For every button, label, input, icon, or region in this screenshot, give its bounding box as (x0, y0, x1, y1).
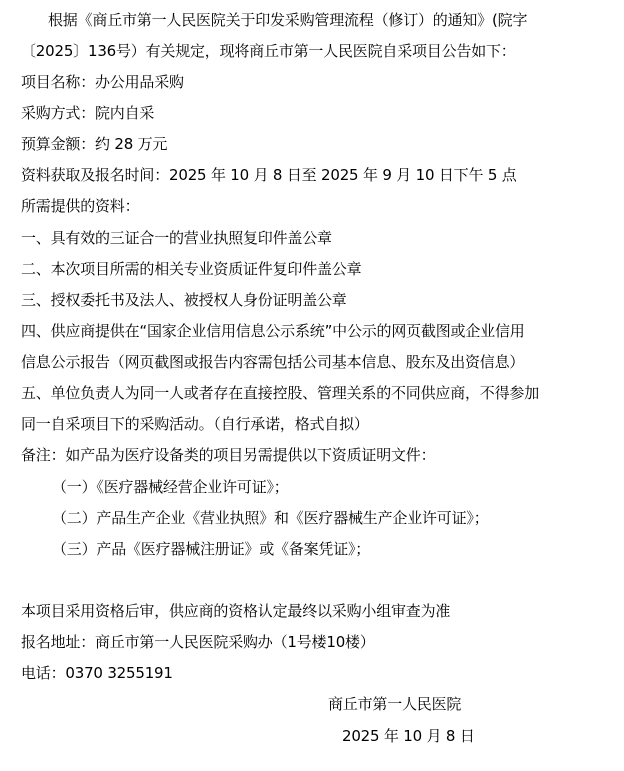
material-item-1: 一、具有效的三证合一的营业执照复印件盖公章 (21, 228, 332, 248)
material-item-2: 二、本次项目所需的相关专业资质证件复印件盖公章 (21, 259, 361, 279)
intro-line-1: 根据《商丘市第一人民医院关于印发采购管理流程（修订）的通知》(院字 (48, 10, 527, 30)
material-item-4: 四、供应商提供在“国家企业信用信息公示系统”中公示的网页截图或企业信用 (21, 321, 525, 341)
intro-line-2: 〔2025〕136号）有关规定，现将商丘市第一人民医院自采项目公告如下： (21, 41, 516, 61)
procurement-method: 采购方式：院内自采 (21, 103, 154, 123)
remark: 备注：如产品为医疗设备类的项目另需提供以下资质证明文件： (21, 445, 435, 465)
material-item-3: 三、授权委托书及法人、被授权人身份证明盖公章 (21, 290, 347, 310)
project-name: 项目名称：办公用品采购 (21, 72, 184, 92)
remark-item-2: （二）产品生产企业《营业执照》和《医疗器械生产企业许可证》； (52, 508, 489, 528)
signature-date: 2025 年 10 月 8 日 (342, 726, 475, 746)
phone: 电话：0370 3255191 (21, 663, 173, 683)
materials-header: 所需提供的资料： (21, 196, 139, 216)
signature-org: 商丘市第一人民医院 (328, 694, 461, 714)
remark-item-3: （三）产品《医疗器械注册证》或《备案凭证》； (52, 539, 370, 559)
material-item-4-cont: 信息公示报告（网页截图或报告内容需包括公司基本信息、股东及出资信息） (21, 352, 524, 372)
procurement-notice-document: 根据《商丘市第一人民医院关于印发采购管理流程（修订）的通知》(院字 〔2025〕… (0, 0, 624, 771)
registration-time: 资料获取及报名时间：2025 年 10 月 8 日至 2025 年 9 月 10… (21, 165, 517, 185)
budget-amount: 预算金额：约 28 万元 (21, 134, 167, 154)
registration-address: 报名地址：商丘市第一人民医院采购办（1号楼10楼） (21, 632, 375, 652)
remark-item-1: （一）《医疗器械经营企业许可证》； (52, 477, 289, 497)
material-item-5: 五、单位负责人为同一人或者存在直接控股、管理关系的不同供应商，不得参加 (21, 383, 539, 403)
material-item-5-cont: 同一自采项目下的采购活动。（自行承诺，格式自拟） (21, 414, 369, 434)
qualification-review: 本项目采用资格后审，供应商的资格认定最终以采购小组审查为准 (21, 601, 450, 621)
